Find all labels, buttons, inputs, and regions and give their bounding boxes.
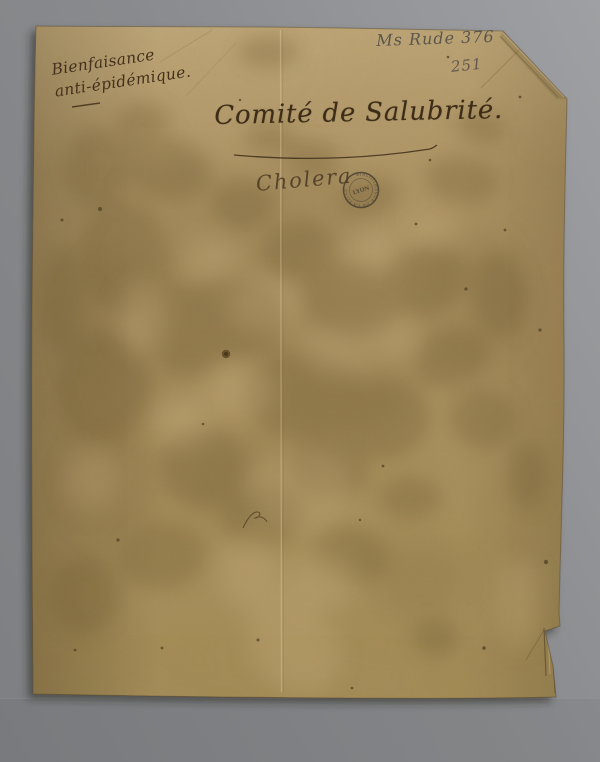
- manuscript-scan: Ms Rude 376 251 Bienfaisance anti-épidém…: [0, 0, 600, 762]
- main-title: Comité de Salubrité.: [214, 95, 503, 131]
- folio-number-pencil: 251: [450, 55, 483, 76]
